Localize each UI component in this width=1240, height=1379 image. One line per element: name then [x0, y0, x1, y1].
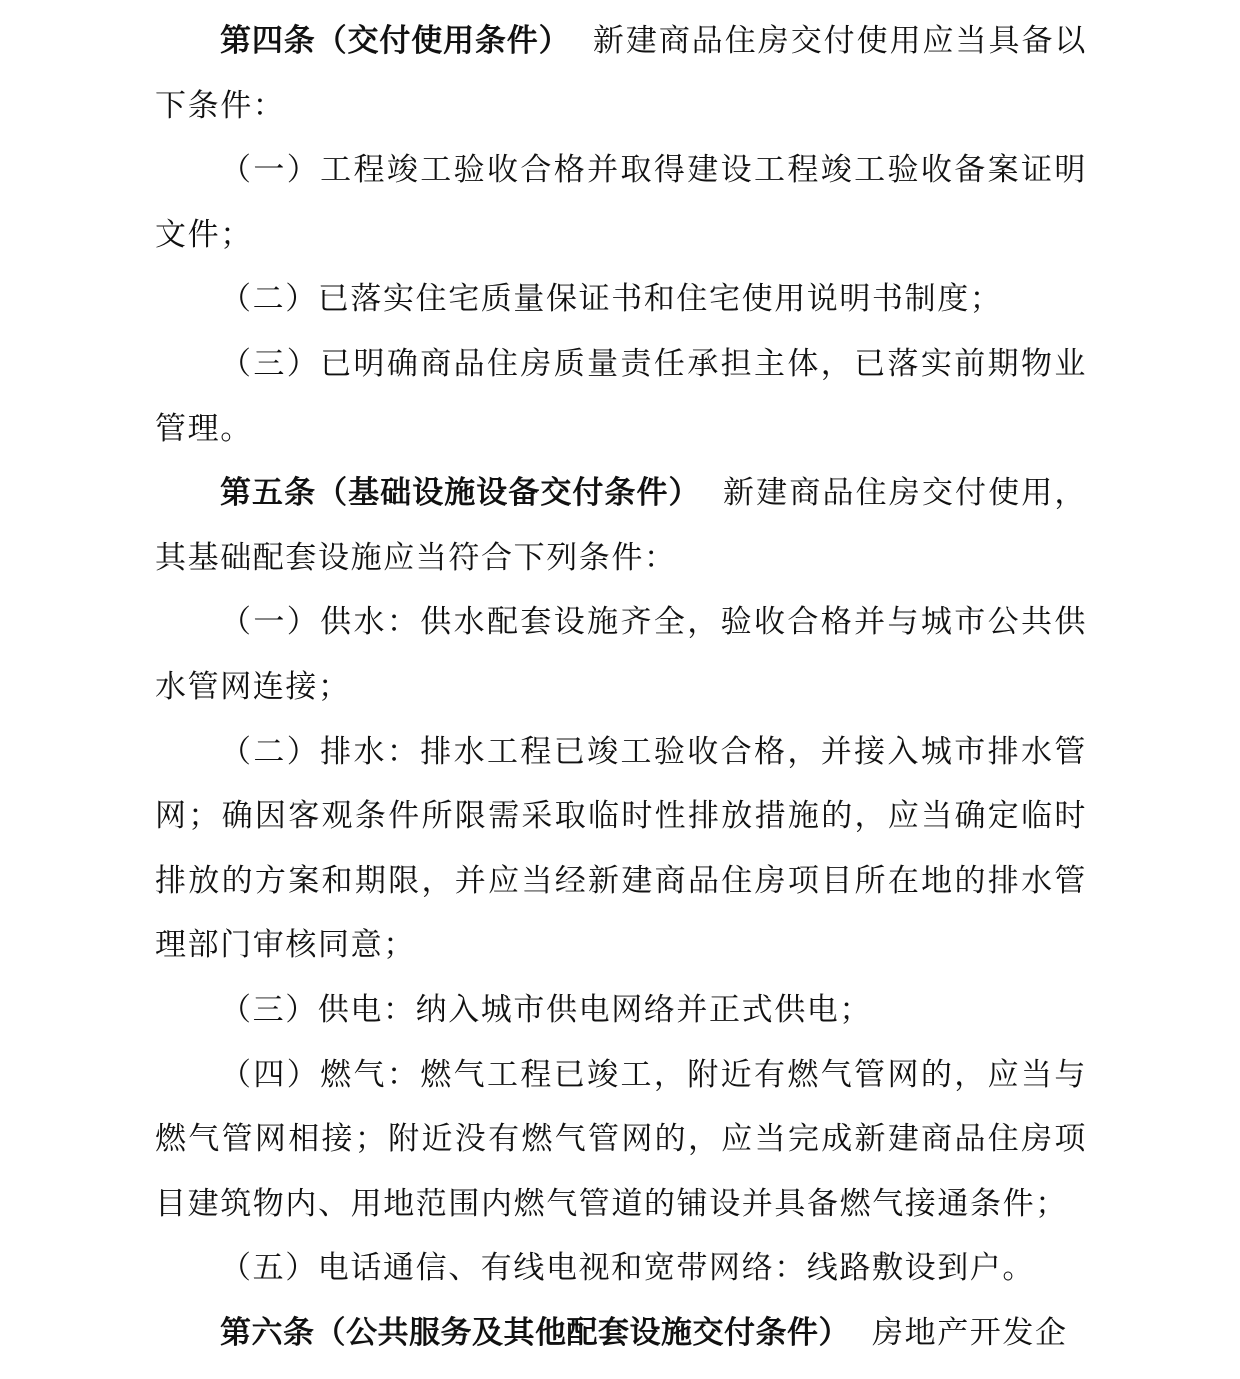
article-4-title: 第四条（交付使用条件） [220, 23, 571, 59]
article-5-item-4-gas: （四）燃气：燃气工程已竣工，附近有燃气管网的，应当与燃气管网相接；附近没有燃气管… [155, 1043, 1087, 1237]
article-6-paragraph: 第六条（公共服务及其他配套设施交付条件）房地产开发企 [155, 1301, 1087, 1366]
article-4-item-2: （二）已落实住宅质量保证书和住宅使用说明书制度； [155, 267, 1087, 332]
article-5-paragraph: 第五条（基础设施设备交付条件）新建商品住房交付使用，其基础配套设施应当符合下列条… [155, 461, 1087, 590]
article-5-item-2-drainage: （二）排水：排水工程已竣工验收合格，并接入城市排水管网；确因客观条件所限需采取临… [155, 720, 1087, 978]
article-6-text: 房地产开发企 [872, 1315, 1068, 1351]
document-page: 第四条（交付使用条件）新建商品住房交付使用应当具备以下条件： （一）工程竣工验收… [155, 9, 1087, 1365]
article-5-title: 第五条（基础设施设备交付条件） [220, 475, 701, 511]
article-5-item-5-telecom: （五）电话通信、有线电视和宽带网络：线路敷设到户。 [155, 1236, 1087, 1301]
article-5-item-1-water-supply: （一）供水：供水配套设施齐全，验收合格并与城市公共供水管网连接； [155, 590, 1087, 719]
article-5-item-3-power-supply: （三）供电：纳入城市供电网络并正式供电； [155, 978, 1087, 1043]
article-6-title: 第六条（公共服务及其他配套设施交付条件） [220, 1315, 850, 1351]
article-4-item-3: （三）已明确商品住房质量责任承担主体，已落实前期物业管理。 [155, 332, 1087, 461]
article-4-paragraph: 第四条（交付使用条件）新建商品住房交付使用应当具备以下条件： [155, 9, 1087, 138]
article-4-item-1: （一）工程竣工验收合格并取得建设工程竣工验收备案证明文件； [155, 138, 1087, 267]
